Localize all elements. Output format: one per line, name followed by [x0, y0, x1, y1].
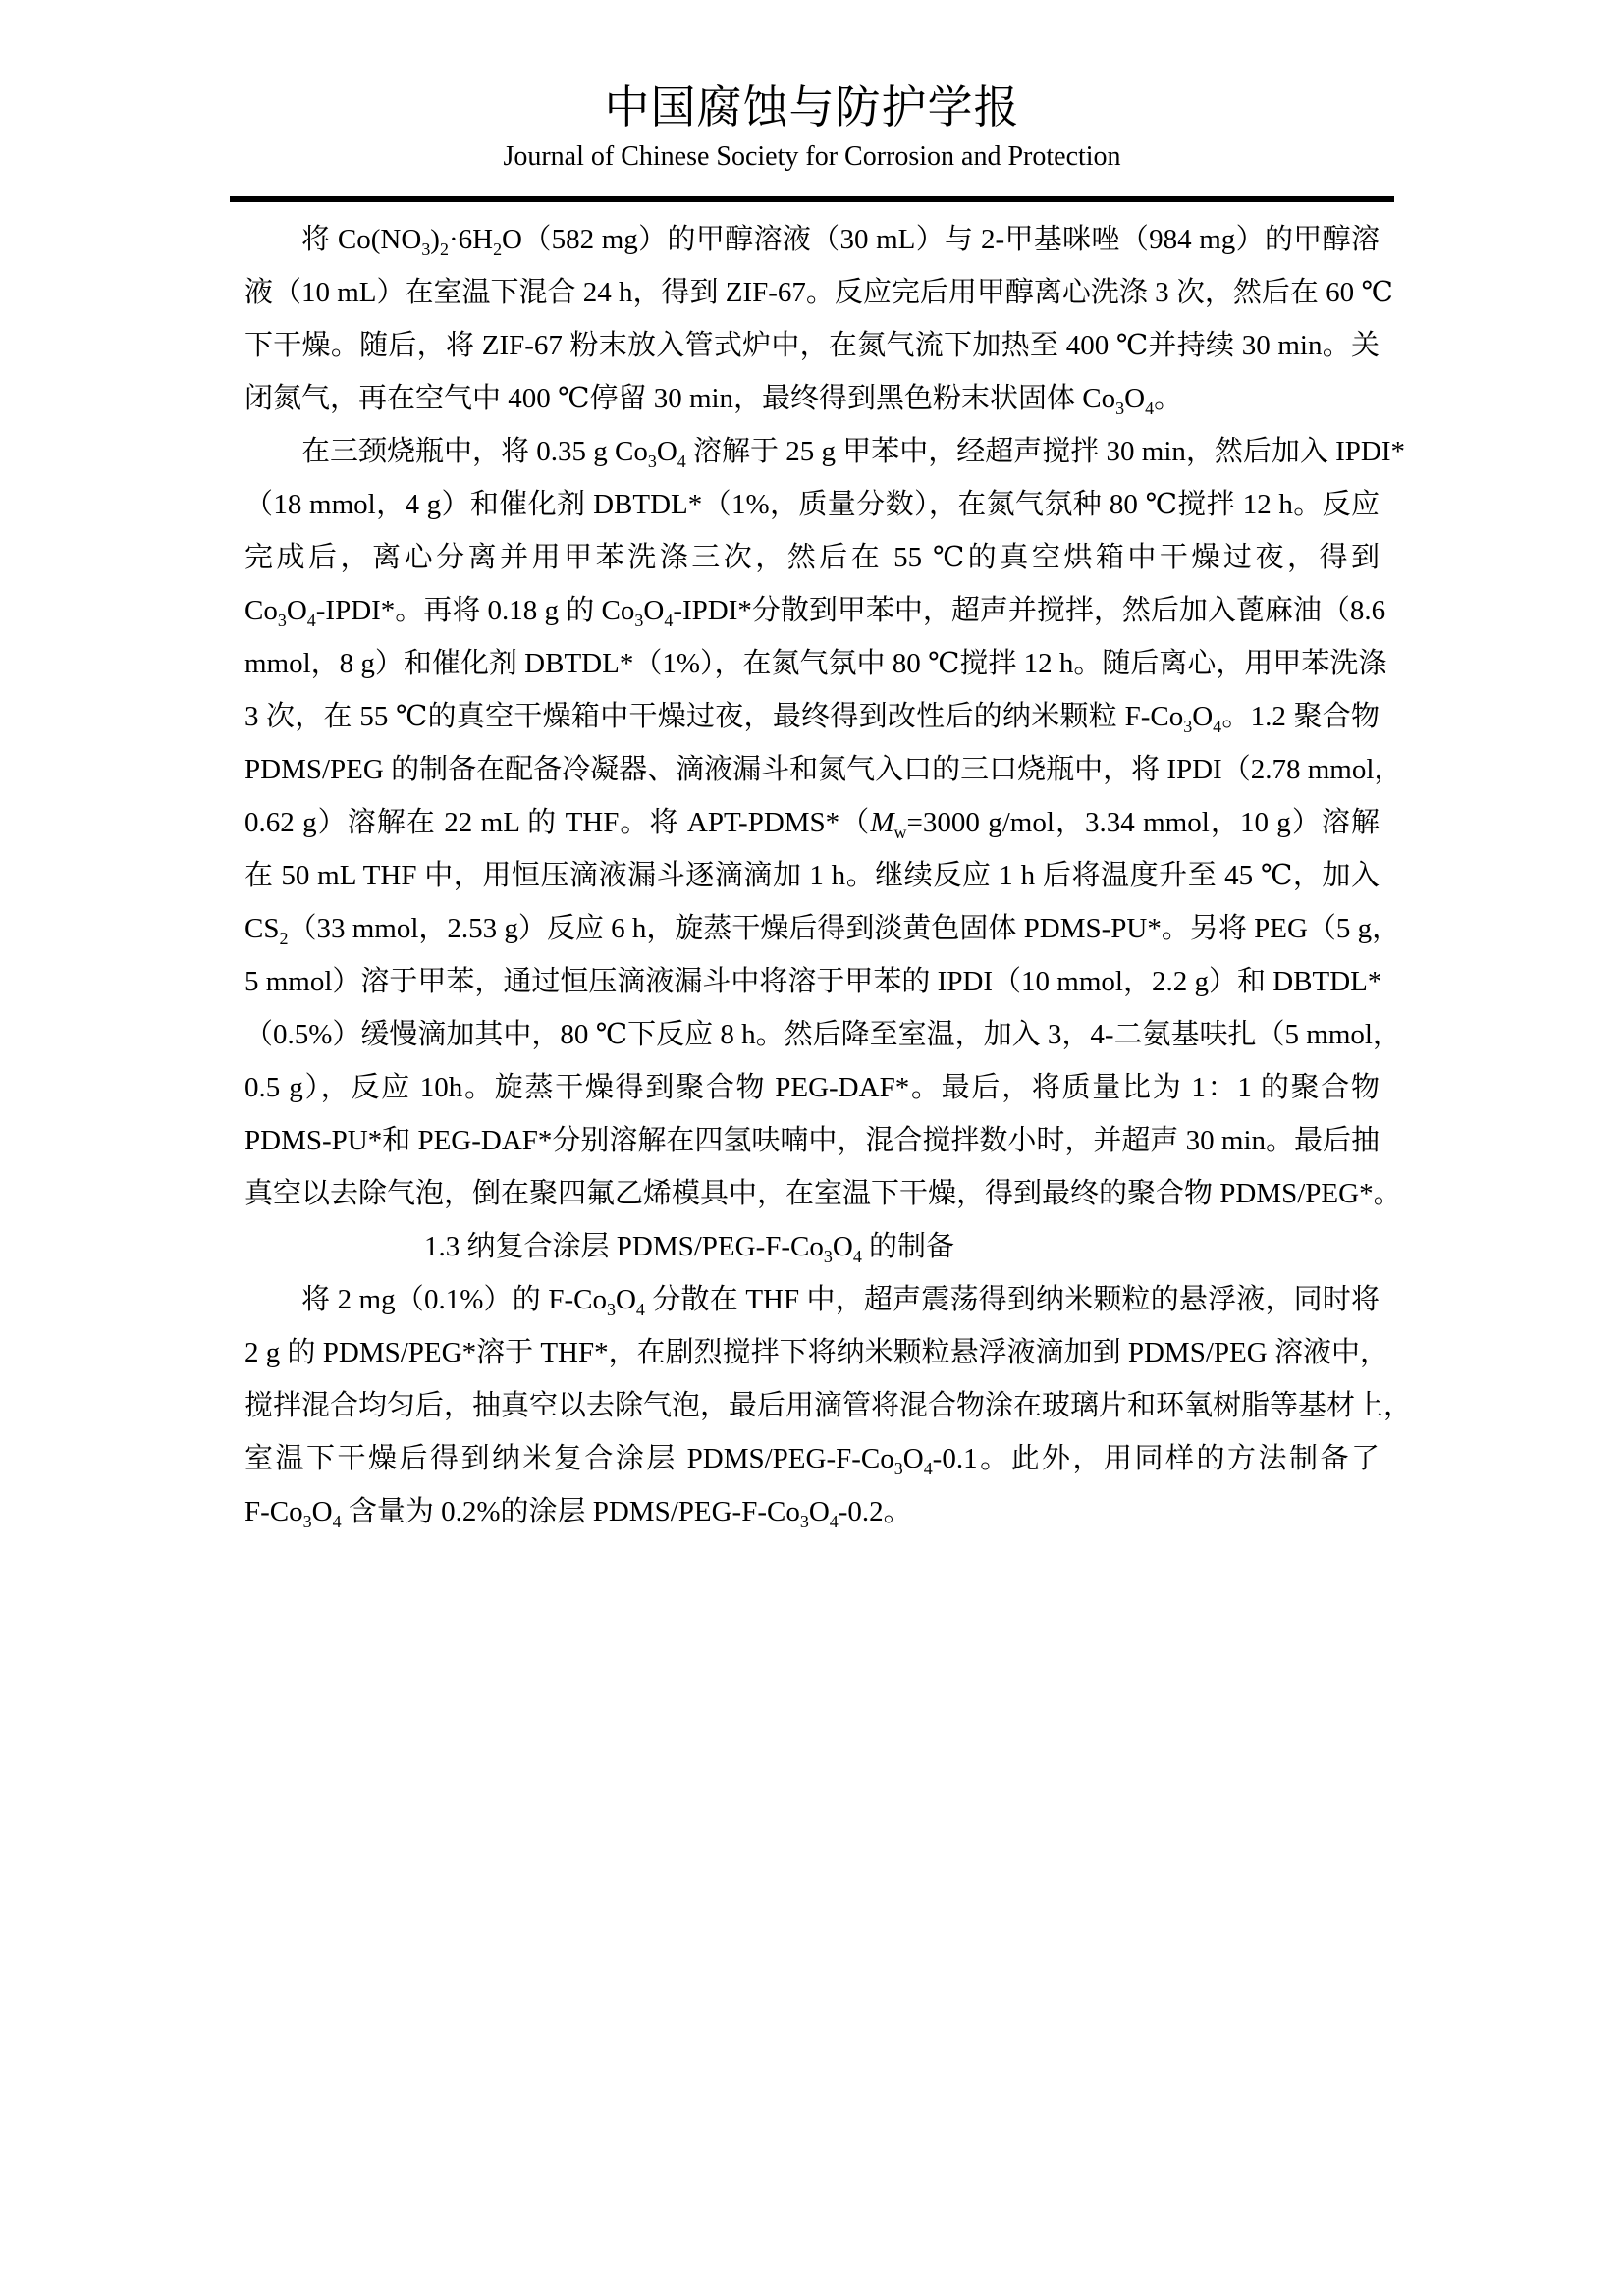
text-line: CS2（33 mmol，2.53 g）反应 6 h，旋蒸干燥后得到淡黄色固体 P…: [244, 902, 1380, 955]
text-line: 在三颈烧瓶中，将 0.35 g Co3O4 溶解于 25 g 甲苯中，经超声搅拌…: [244, 425, 1380, 478]
text-line: 3 次，在 55 ℃的真空干燥箱中干燥过夜，最终得到改性后的纳米颗粒 F-Co3…: [244, 690, 1380, 743]
text-line: Co3O4-IPDI*。再将 0.18 g 的 Co3O4-IPDI*分散到甲苯…: [244, 584, 1380, 637]
page-header: 中国腐蚀与防护学报 Journal of Chinese Society for…: [0, 0, 1624, 202]
header-rule: [230, 196, 1394, 202]
text-line: 在 50 mL THF 中，用恒压滴液漏斗逐滴滴加 1 h。继续反应 1 h 后…: [244, 849, 1380, 902]
text-line: 下干燥。随后，将 ZIF-67 粉末放入管式炉中，在氮气流下加热至 400 ℃并…: [244, 319, 1380, 372]
text-line: 2 g 的 PDMS/PEG*溶于 THF*，在剧烈搅拌下将纳米颗粒悬浮液滴加到…: [244, 1326, 1380, 1379]
text-line: 室温下干燥后得到纳米复合涂层 PDMS/PEG-F-Co3O4-0.1。此外，用…: [244, 1432, 1380, 1485]
journal-page: 中国腐蚀与防护学报 Journal of Chinese Society for…: [0, 0, 1624, 2296]
text-line: 液（10 mL）在室温下混合 24 h，得到 ZIF-67。反应完后用甲醇离心洗…: [244, 266, 1380, 319]
text-line: 将 2 mg（0.1%）的 F-Co3O4 分散在 THF 中，超声震荡得到纳米…: [244, 1273, 1380, 1326]
journal-title-cn: 中国腐蚀与防护学报: [0, 80, 1624, 135]
body-text: 将 Co(NO3)2·6H2O（582 mg）的甲醇溶液（30 mL）与 2-甲…: [244, 213, 1380, 1538]
section-heading: 1.3 纳复合涂层 PDMS/PEG-F-Co3O4 的制备: [244, 1220, 1380, 1273]
text-line: PDMS-PU*和 PEG-DAF*分别溶解在四氢呋喃中，混合搅拌数小时，并超声…: [244, 1114, 1380, 1167]
text-line: PDMS/PEG 的制备在配备冷凝器、滴液漏斗和氮气入口的三口烧瓶中，将 IPD…: [244, 743, 1380, 796]
text-line: （0.5%）缓慢滴加其中，80 ℃下反应 8 h。然后降至室温，加入 3，4-二…: [244, 1008, 1380, 1061]
text-line: 0.62 g）溶解在 22 mL 的 THF。将 APT-PDMS*（Mw=30…: [244, 796, 1380, 849]
journal-title-en: Journal of Chinese Society for Corrosion…: [0, 139, 1624, 175]
text-line: 完成后，离心分离并用甲苯洗涤三次，然后在 55 ℃的真空烘箱中干燥过夜，得到: [244, 531, 1380, 584]
text-line: 闭氮气，再在空气中 400 ℃停留 30 min，最终得到黑色粉末状固体 Co3…: [244, 372, 1380, 425]
text-line: 真空以去除气泡，倒在聚四氟乙烯模具中，在室温下干燥，得到最终的聚合物 PDMS/…: [244, 1167, 1380, 1220]
text-line: 5 mmol）溶于甲苯，通过恒压滴液漏斗中将溶于甲苯的 IPDI（10 mmol…: [244, 955, 1380, 1008]
text-line: 0.5 g），反应 10h。旋蒸干燥得到聚合物 PEG-DAF*。最后，将质量比…: [244, 1061, 1380, 1114]
text-line: （18 mmol，4 g）和催化剂 DBTDL*（1%，质量分数），在氮气氛种 …: [244, 478, 1380, 531]
text-line: mmol，8 g）和催化剂 DBTDL*（1%），在氮气氛中 80 ℃搅拌 12…: [244, 637, 1380, 690]
text-line: 搅拌混合均匀后，抽真空以去除气泡，最后用滴管将混合物涂在玻璃片和环氧树脂等基材上…: [244, 1379, 1380, 1432]
text-line: 将 Co(NO3)2·6H2O（582 mg）的甲醇溶液（30 mL）与 2-甲…: [244, 213, 1380, 266]
text-line: F-Co3O4 含量为 0.2%的涂层 PDMS/PEG-F-Co3O4-0.2…: [244, 1485, 1380, 1538]
